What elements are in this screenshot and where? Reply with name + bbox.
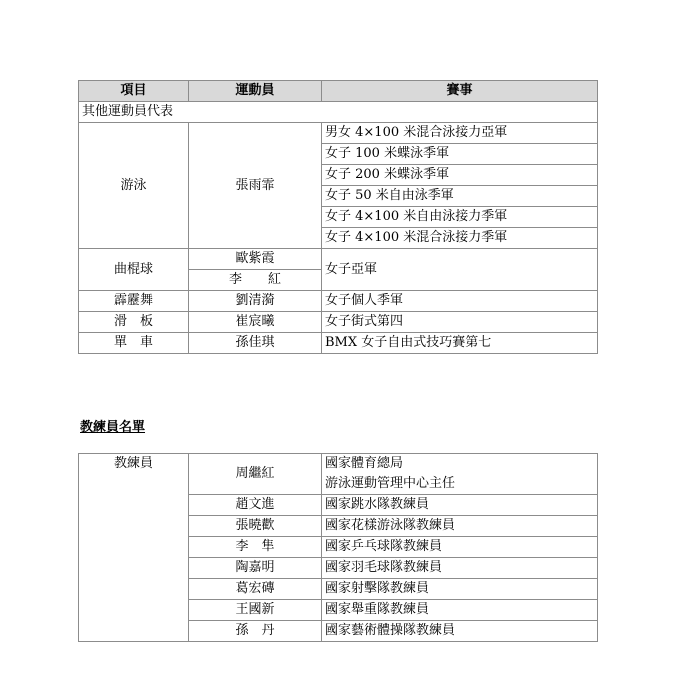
coach-name-cell: 趙文進 [189, 495, 322, 516]
athlete-cell: 劉清漪 [189, 291, 322, 312]
coach-title-cell: 國家藝術體操隊教練員 [322, 621, 598, 642]
coach-name-cell: 李 隼 [189, 537, 322, 558]
athlete-cell: 歐紫霞 [189, 249, 322, 270]
event-cell: 女子 50 米自由泳季軍 [322, 186, 598, 207]
header-athlete: 運動員 [189, 81, 322, 102]
table-row: 霹靂舞 劉清漪 女子個人季軍 [79, 291, 598, 312]
section-label: 其他運動員代表 [79, 102, 598, 123]
sport-cell: 單 車 [79, 333, 189, 354]
coach-name-cell: 張曉歡 [189, 516, 322, 537]
coach-title-cell: 國家花樣游泳隊教練員 [322, 516, 598, 537]
coach-title-cell: 國家羽毛球隊教練員 [322, 558, 598, 579]
table-row: 滑 板 崔宸曦 女子街式第四 [79, 312, 598, 333]
athlete-table: 項目 運動員 賽事 其他運動員代表 游泳 張雨霏 男女 4×100 米混合泳接力… [78, 80, 598, 354]
role-cell: 教練員 [79, 454, 189, 642]
header-event: 賽事 [322, 81, 598, 102]
event-cell: 女子街式第四 [322, 312, 598, 333]
sport-cell: 游泳 [79, 123, 189, 249]
athlete-cell: 張雨霏 [189, 123, 322, 249]
table-row: 單 車 孫佳琪 BMX 女子自由式技巧賽第七 [79, 333, 598, 354]
event-cell: 女子 100 米蝶泳季軍 [322, 144, 598, 165]
athlete-cell: 崔宸曦 [189, 312, 322, 333]
coach-name-cell: 陶嘉明 [189, 558, 322, 579]
coach-name-cell: 王國新 [189, 600, 322, 621]
event-cell: 男女 4×100 米混合泳接力亞軍 [322, 123, 598, 144]
header-row: 項目 運動員 賽事 [79, 81, 598, 102]
event-cell: 女子 200 米蝶泳季軍 [322, 165, 598, 186]
coach-title-cell: 國家跳水隊教練員 [322, 495, 598, 516]
event-cell: 女子亞軍 [322, 249, 598, 291]
event-cell: 女子個人季軍 [322, 291, 598, 312]
table-row: 游泳 張雨霏 男女 4×100 米混合泳接力亞軍 [79, 123, 598, 144]
section-row: 其他運動員代表 [79, 102, 598, 123]
coach-name-cell: 周繼紅 [189, 454, 322, 495]
athlete-cell: 李 紅 [189, 270, 322, 291]
coach-title-cell: 游泳運動管理中心主任 [322, 474, 598, 495]
coach-name-cell: 葛宏磚 [189, 579, 322, 600]
event-cell: BMX 女子自由式技巧賽第七 [322, 333, 598, 354]
sport-cell: 曲棍球 [79, 249, 189, 291]
coach-section-title: 教練員名單 [80, 416, 145, 435]
coach-title-cell: 國家射擊隊教練員 [322, 579, 598, 600]
athlete-cell: 孫佳琪 [189, 333, 322, 354]
sport-cell: 霹靂舞 [79, 291, 189, 312]
table-row: 曲棍球 歐紫霞 女子亞軍 [79, 249, 598, 270]
sport-cell: 滑 板 [79, 312, 189, 333]
event-cell: 女子 4×100 米自由泳接力季軍 [322, 207, 598, 228]
coach-name-cell: 孫 丹 [189, 621, 322, 642]
header-sport: 項目 [79, 81, 189, 102]
table-row: 教練員 周繼紅 國家體育總局 [79, 454, 598, 475]
event-cell: 女子 4×100 米混合泳接力季軍 [322, 228, 598, 249]
coach-table: 教練員 周繼紅 國家體育總局 游泳運動管理中心主任 趙文進 國家跳水隊教練員 張… [78, 453, 598, 642]
coach-title-cell: 國家舉重隊教練員 [322, 600, 598, 621]
coach-title-cell: 國家體育總局 [322, 454, 598, 475]
coach-title-cell: 國家乒乓球隊教練員 [322, 537, 598, 558]
